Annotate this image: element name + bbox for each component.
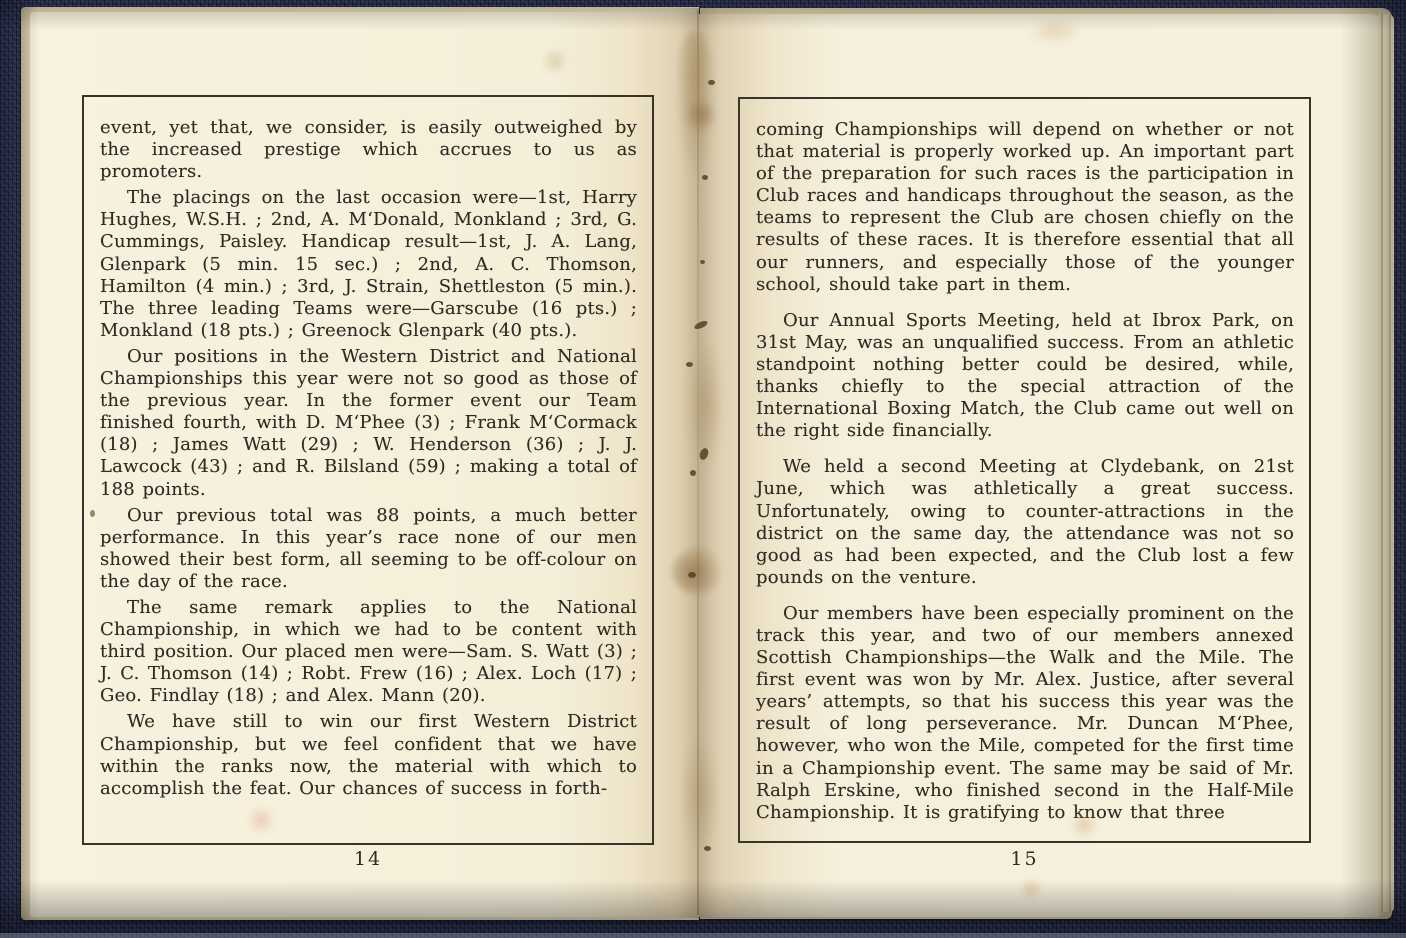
left-page: event, yet that, we consider, is easily …	[30, 12, 698, 917]
left-page-rule-frame: event, yet that, we consider, is easily …	[82, 95, 654, 845]
right-page-rule-frame: coming Championships will depend on whet…	[738, 97, 1311, 843]
paragraph: We held a second Meeting at Clydebank, o…	[756, 456, 1294, 589]
paragraph: Our previous total was 88 points, a much…	[100, 505, 637, 593]
paragraph: The same remark applies to the National …	[100, 597, 637, 707]
right-page: coming Championships will depend on whet…	[698, 14, 1380, 917]
paragraph: event, yet that, we consider, is easily …	[100, 117, 637, 183]
left-page-number: 14	[82, 848, 654, 870]
paragraph: We have still to win our first Western D…	[100, 711, 637, 799]
paragraph: Our positions in the Western District an…	[100, 346, 637, 501]
paragraph: coming Championships will depend on whet…	[756, 119, 1294, 296]
paragraph: The placings on the last occasion were—1…	[100, 187, 637, 342]
fore-edge-lines	[1378, 14, 1394, 912]
book-scan: event, yet that, we consider, is easily …	[0, 0, 1406, 938]
scanner-edge-artifact	[0, 933, 1406, 938]
paragraph: Our Annual Sports Meeting, held at Ibrox…	[756, 310, 1294, 443]
right-page-number: 15	[738, 848, 1311, 870]
paragraph: Our members have been especially promine…	[756, 603, 1294, 824]
